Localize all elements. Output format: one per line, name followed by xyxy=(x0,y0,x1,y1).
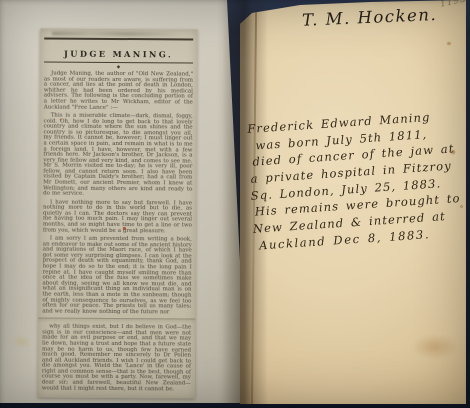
open-book-photo: JUDGE MANING. ◆ Judge Maning, the author… xyxy=(0,0,470,408)
right-page: 1193 T. M. Hocken. Frederick Edward Mani… xyxy=(240,0,466,404)
clipping-paragraph: Judge Maning, the author of "Old New Zea… xyxy=(44,71,193,111)
ink-fleck xyxy=(60,119,62,121)
clipping-paragraph: This is a miserable climate—dark, dismal… xyxy=(43,113,193,198)
ink-fleck xyxy=(123,227,126,230)
foxing-spot xyxy=(447,42,451,45)
headline-ornament-icon: ◆ xyxy=(44,64,193,70)
newspaper-clipping: JUDGE MANING. ◆ Judge Maning, the author… xyxy=(38,28,198,398)
print-smudge xyxy=(52,32,179,37)
handwritten-note: Frederick Edward Maning was born July 5t… xyxy=(247,109,470,257)
clipping-paragraph: why all things exist, but I do believe i… xyxy=(42,325,191,393)
clipping-headline: JUDGE MANING. xyxy=(64,49,173,60)
clipping-paragraph: I have nothing more to say but farewell.… xyxy=(43,200,192,235)
clipping-paragraph: I am sorry I am prevented from writing a… xyxy=(42,236,192,315)
owner-signature: T. M. Hocken. xyxy=(302,3,470,30)
clipping-body: Judge Maning, the author of "Old New Zea… xyxy=(42,71,193,392)
foxing-stain xyxy=(412,334,458,360)
left-page: JUDGE MANING. ◆ Judge Maning, the author… xyxy=(0,0,247,403)
foxing-spot xyxy=(12,336,32,348)
clipping-headline-box: JUDGE MANING. xyxy=(44,37,193,63)
